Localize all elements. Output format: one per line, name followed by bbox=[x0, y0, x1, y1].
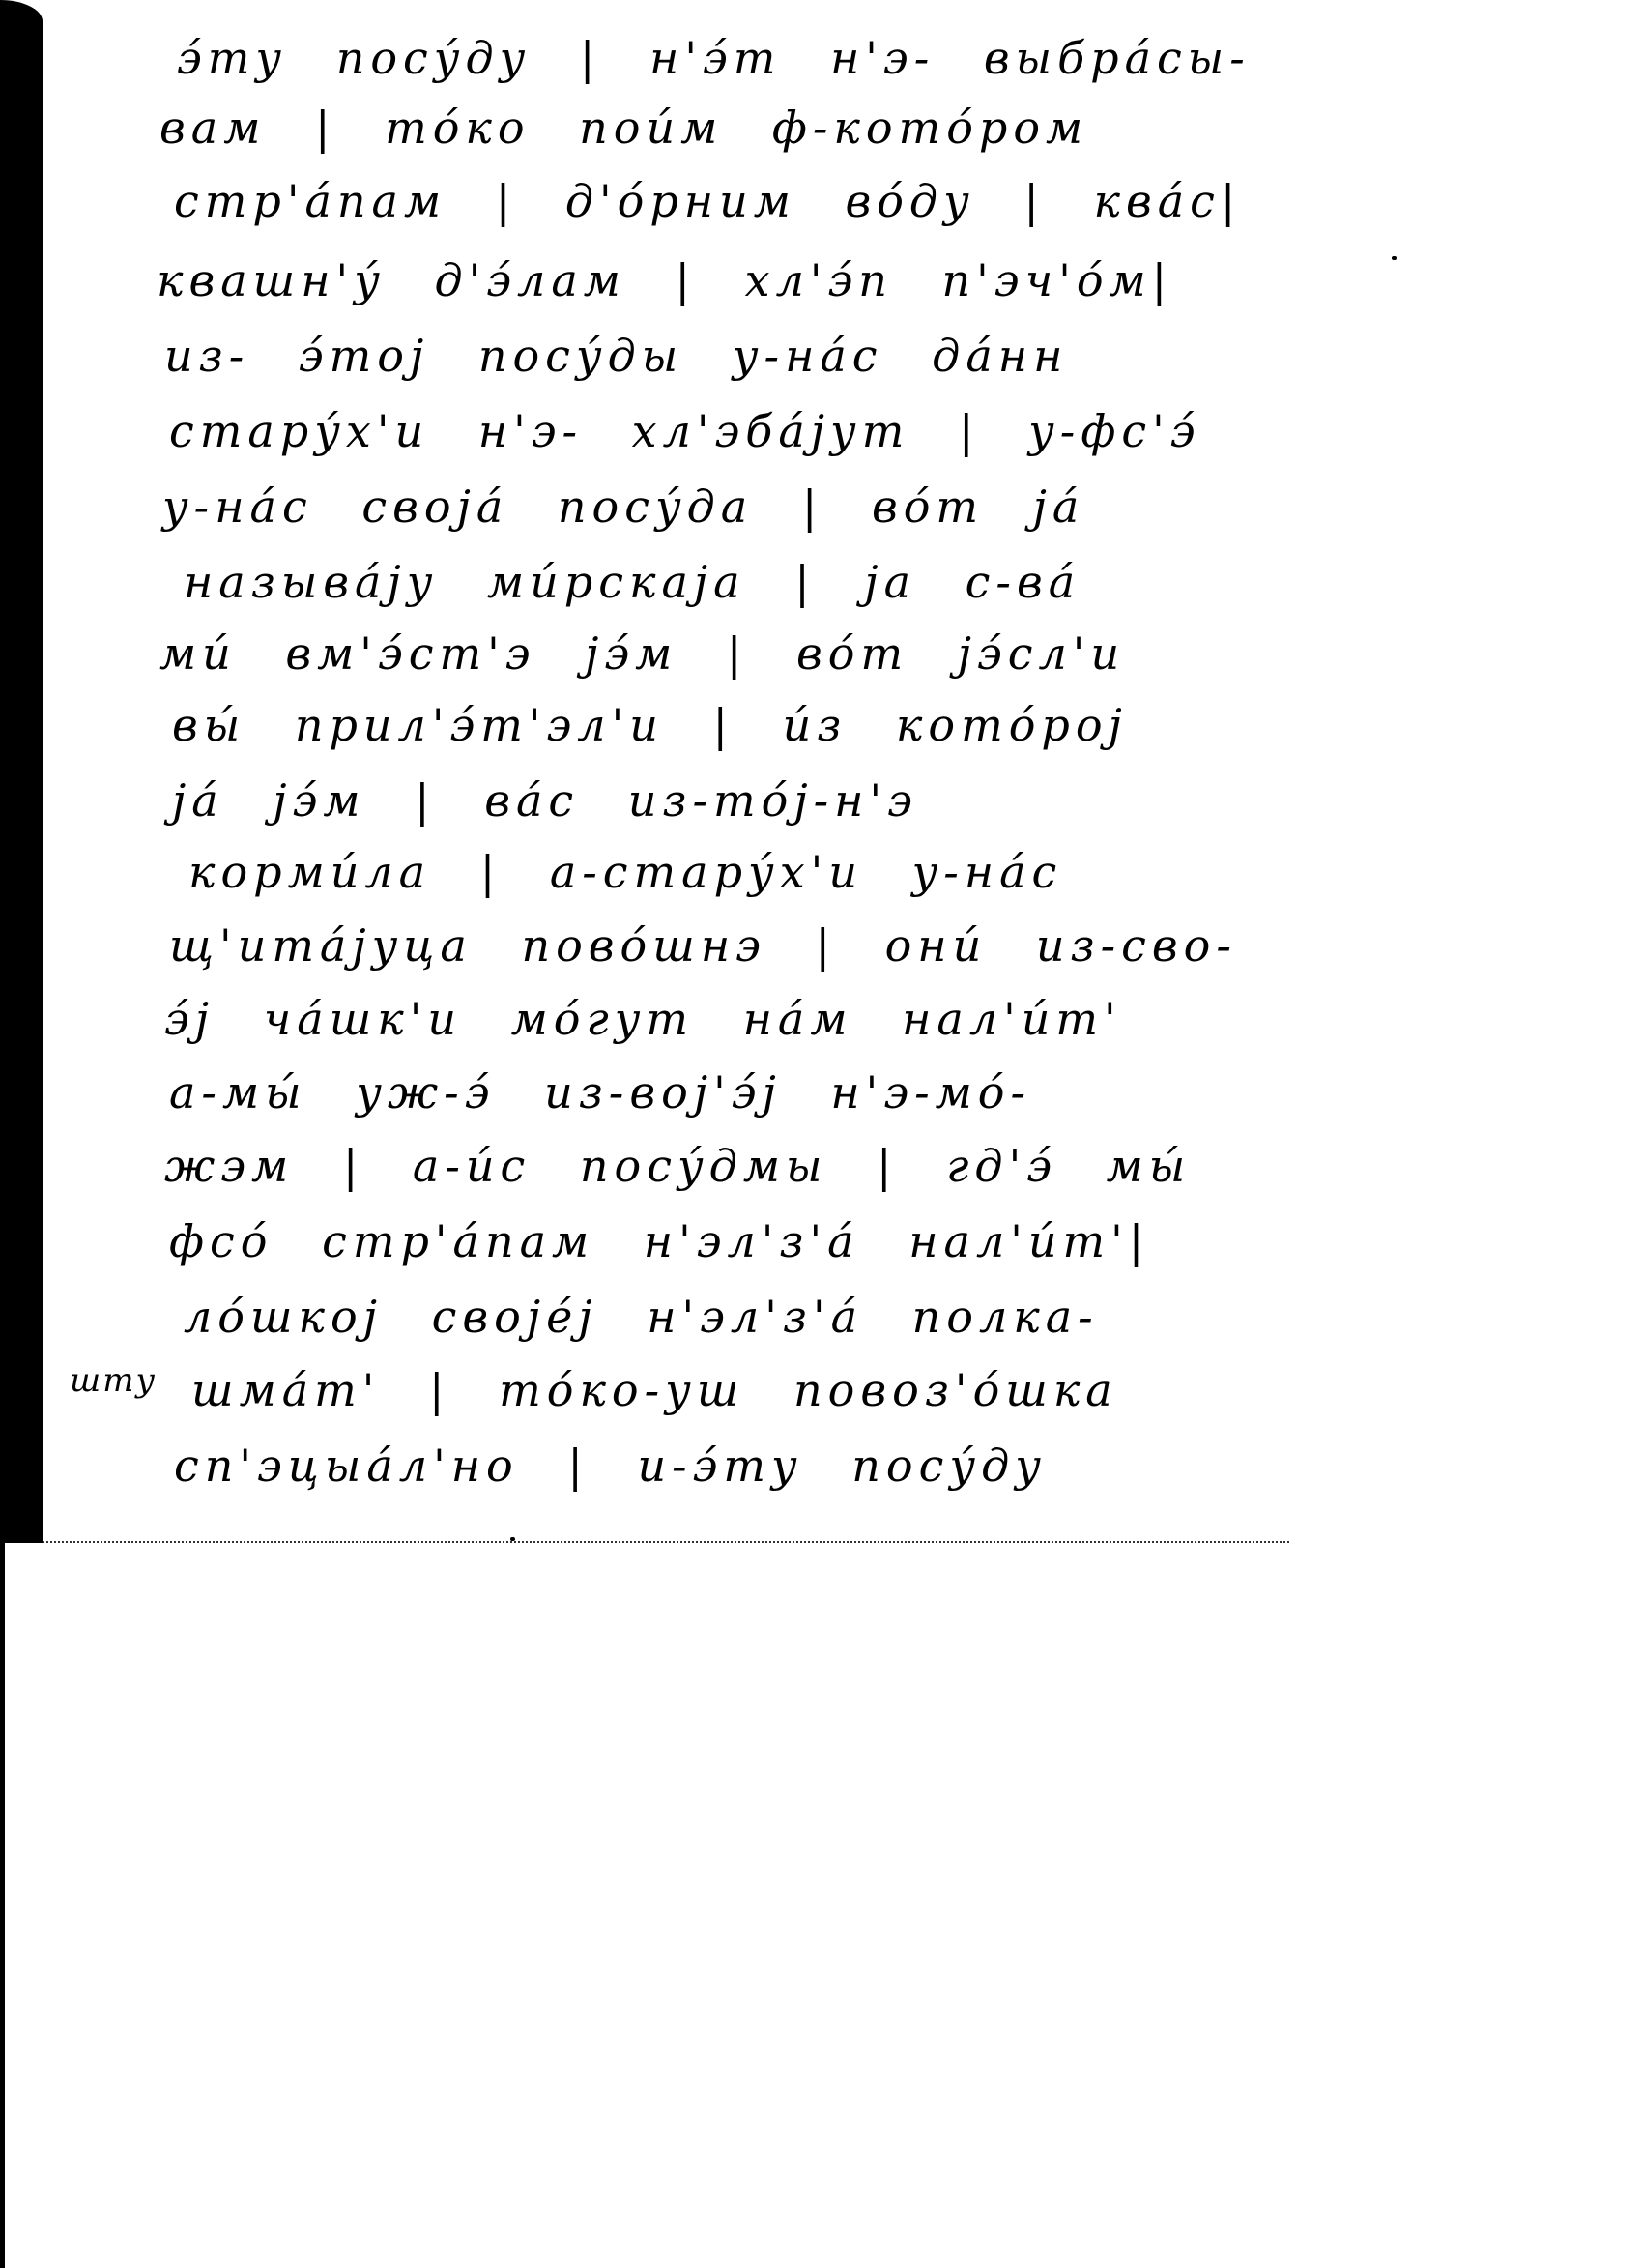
paper-bottom-edge bbox=[43, 1541, 1289, 1543]
text-line: вам | то́ко пои́м ф-кото́ром bbox=[159, 99, 1088, 157]
text-line: щ'ита́јуца пово́шнэ | они́ из-сво- bbox=[169, 916, 1237, 974]
text-line: э́ту посу́ду | н'э́т н'э- выбра́сы- bbox=[177, 29, 1251, 87]
text-line: ја́ јэ́м | ва́с из-то́ј-н'э bbox=[172, 771, 918, 829]
text-line: квашн'у́ д'э́лам | хл'э́п п'эч'о́м| bbox=[157, 251, 1172, 309]
text-line: стр'а́пам | д'о́рним во́ду | ква́с| bbox=[174, 172, 1241, 230]
scan-speck bbox=[510, 1537, 515, 1541]
margin-correction-note: шту bbox=[70, 1361, 157, 1400]
text-line: шма́т' | то́ко-уш повоз'о́шка bbox=[191, 1361, 1118, 1419]
text-line: жэм | а-и́с посу́дмы | гд'э́ мы́ bbox=[164, 1137, 1191, 1195]
text-line: э́ј ча́шк'и мо́гут на́м нал'и́т' bbox=[164, 990, 1122, 1048]
text-line: фсо́ стр'а́пам н'эл'з'а́ нал'и́т'| bbox=[169, 1212, 1149, 1270]
text-line: ло́шкој своје́ј н'эл'з'а́ полка- bbox=[184, 1288, 1099, 1346]
text-line: стару́х'и н'э- хл'эба́јут | у-фс'э́ bbox=[169, 402, 1201, 460]
text-line: корми́ла | а-стару́х'и у-на́с bbox=[188, 843, 1062, 901]
text-line: сп'эцыа́л'но | и-э́ту посу́ду bbox=[174, 1437, 1047, 1495]
text-line: ми́ вм'э́ст'э јэ́м | во́т јэ́сл'и bbox=[159, 625, 1125, 683]
scan-left-edge-line bbox=[0, 1543, 5, 2268]
scan-left-border bbox=[0, 0, 43, 1543]
text-line: вы́ прил'э́т'эл'и | и́з кото́рој bbox=[172, 696, 1128, 754]
text-line: из- э́тој посу́ды у-на́с да́нн bbox=[164, 327, 1068, 385]
text-line: называ́ју ми́рскаја | ја с-ва́ bbox=[184, 553, 1081, 611]
text-line: у-на́с своја́ посу́да | во́т ја́ bbox=[162, 478, 1084, 536]
scan-speck bbox=[1392, 256, 1397, 260]
text-line: а-мы́ уж-э́ из-вој'э́ј н'э-мо́- bbox=[169, 1063, 1031, 1121]
